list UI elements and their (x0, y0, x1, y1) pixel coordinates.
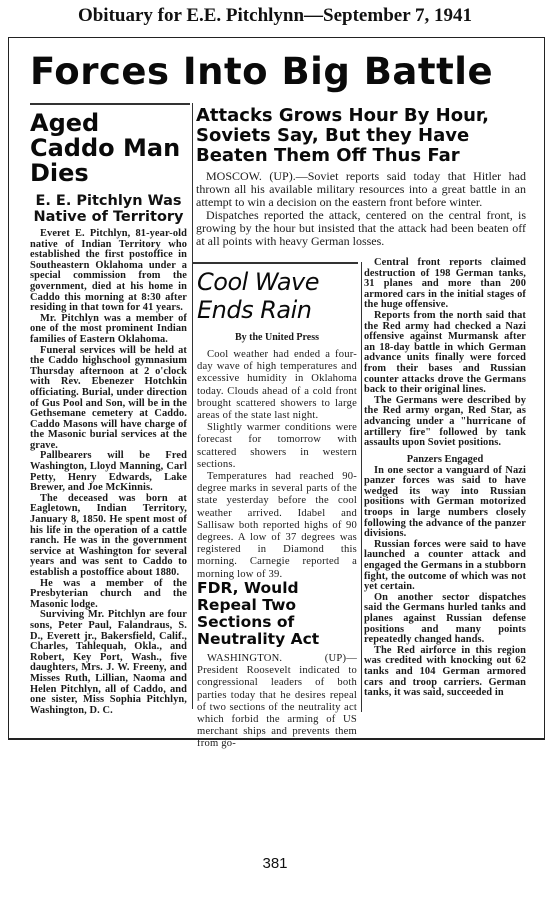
obituary-paragraph: Surviving Mr. Pitchlyn are four sons, Pe… (30, 610, 187, 716)
obituary-paragraph: The deceased was born at Eagletown, Indi… (30, 494, 187, 579)
war-story-paragraph: On another sector dispatches said the Ge… (364, 593, 526, 646)
weather-paragraph: Slightly warmer conditions were forecast… (197, 422, 357, 471)
war-story-paragraph: Central front reports claimed destructio… (364, 258, 526, 311)
fdr-article: FDR, Would Repeal Two Sections of Neutra… (197, 580, 357, 751)
column-divider-left (192, 103, 193, 709)
war-story-paragraph: Russian forces were said to have launche… (364, 540, 526, 593)
obituary-paragraph: Mr. Pitchlyn was a member of one of the … (30, 314, 187, 346)
war-headline-line: Soviets Say, But they Have (196, 126, 526, 146)
rule-left-top (30, 103, 190, 105)
obituary-paragraph: Everet E. Pitchlyn, 81-year-old native o… (30, 229, 187, 314)
page-title: Obituary for E.E. Pitchlynn—September 7,… (0, 5, 550, 27)
war-story-lead: Attacks Grows Hour By Hour, Soviets Say,… (196, 106, 526, 248)
column-divider-right (361, 262, 362, 712)
rule-mid-top (193, 262, 358, 264)
war-story-headline: Attacks Grows Hour By Hour, Soviets Say,… (196, 106, 526, 166)
war-story-subhead: Panzers Engaged (364, 454, 526, 465)
war-story-paragraph: The Red airforce in this region was cred… (364, 646, 526, 699)
weather-headline-line: Cool Wave (197, 268, 357, 296)
weather-headline-line: Ends Rain (197, 296, 357, 324)
war-story-paragraph: In one sector a vanguard of Nazi panzer … (364, 466, 526, 540)
war-story-paragraph: Dispatches reported the attack, centered… (196, 209, 526, 248)
page-number: 381 (0, 855, 550, 872)
obituary-paragraph: Pallbearers will be Fred Washington, Llo… (30, 451, 187, 493)
fdr-paragraph: WASHINGTON. (UP)—President Roosevelt ind… (197, 653, 357, 751)
obituary-article: Aged Caddo Man Dies E. E. Pitchlyn Was N… (30, 111, 187, 716)
war-headline-line: Beaten Them Off Thus Far (196, 146, 526, 166)
weather-byline: By the United Press (197, 332, 357, 343)
war-story-paragraph: Reports from the north said that the Red… (364, 311, 526, 396)
weather-headline: Cool Wave Ends Rain (197, 268, 357, 324)
weather-paragraph: Temperatures had reached 90-degree marks… (197, 471, 357, 581)
banner-headline: Forces Into Big Battle (30, 49, 530, 95)
war-headline-line: Attacks Grows Hour By Hour, (196, 106, 526, 126)
war-story-continued: Central front reports claimed destructio… (364, 258, 526, 699)
weather-article: Cool Wave Ends Rain By the United Press … (197, 268, 357, 581)
obituary-headline: Aged Caddo Man Dies (30, 111, 187, 186)
fdr-headline: FDR, Would Repeal Two Sections of Neutra… (197, 580, 357, 648)
weather-paragraph: Cool weather had ended a four-day wave o… (197, 349, 357, 422)
war-story-paragraph: The Germans were described by the Red ar… (364, 396, 526, 449)
obituary-paragraph: He was a member of the Presbyterian chur… (30, 579, 187, 611)
obituary-deck: E. E. Pitchlyn Was Native of Territory (30, 193, 187, 225)
war-story-paragraph: MOSCOW. (UP).—Soviet reports said today … (196, 170, 526, 209)
obituary-paragraph: Funeral services will be held at the Cad… (30, 346, 187, 452)
